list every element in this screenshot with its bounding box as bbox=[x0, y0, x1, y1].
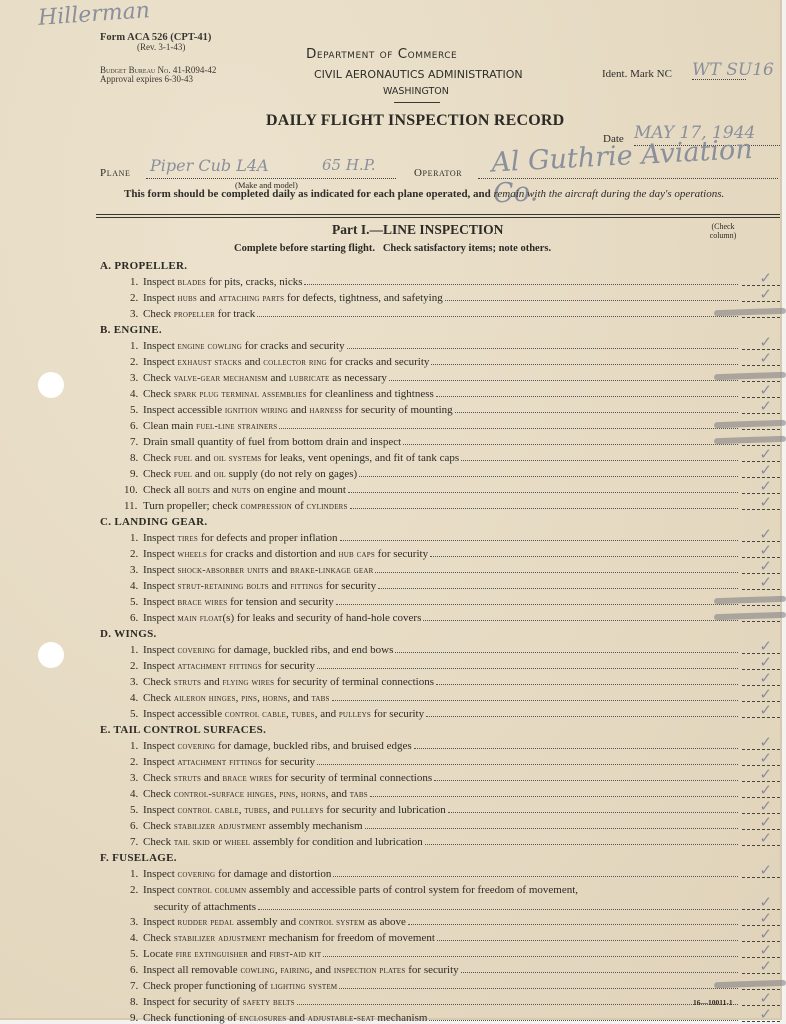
plane-horsepower[interactable]: 65 H.P. bbox=[322, 156, 376, 174]
checklist-item: 1. Inspect tires for defects and proper … bbox=[100, 530, 780, 546]
checklist-item: 5. Inspect accessible control cable, tub… bbox=[100, 706, 780, 722]
item-number: 6. bbox=[130, 962, 138, 978]
item-number: 4. bbox=[130, 930, 138, 946]
check-box[interactable]: ✓ bbox=[742, 402, 780, 414]
component-term: brace bbox=[178, 597, 202, 608]
item-text: Check proper functioning of lighting sys… bbox=[130, 978, 337, 994]
component-term: belts bbox=[273, 997, 295, 1008]
component-term: brake-linkage bbox=[290, 565, 351, 576]
item-text: Check control-surface hinges, pins, horn… bbox=[130, 786, 368, 802]
item-number: 8. bbox=[130, 994, 138, 1010]
component-term: lighting bbox=[271, 981, 306, 992]
leader-dots bbox=[347, 338, 738, 349]
component-term: fittings bbox=[229, 661, 262, 672]
component-term: collector bbox=[263, 357, 306, 368]
leader-dots bbox=[317, 754, 738, 765]
item-text: Inspect shock-absorber units and brake-l… bbox=[130, 562, 373, 578]
section-heading: C. LANDING GEAR. bbox=[100, 514, 780, 530]
item-text: Check fuel and oil systems for leaks, ve… bbox=[130, 450, 459, 466]
checklist-item: 6. Clean main fuel-line strainers bbox=[100, 418, 780, 434]
ident-mark-field[interactable]: WT SU16 bbox=[692, 60, 774, 80]
item-number: 7. bbox=[130, 978, 138, 994]
component-term: bolts bbox=[246, 581, 269, 592]
section-heading: E. TAIL CONTROL SURFACES. bbox=[100, 722, 780, 738]
check-box[interactable] bbox=[742, 306, 780, 318]
checkmark-icon: ✓ bbox=[759, 574, 772, 590]
section-heading: F. FUSELAGE. bbox=[100, 850, 780, 866]
item-number: 2. bbox=[130, 658, 138, 674]
checkmark-icon: ✓ bbox=[759, 686, 772, 702]
component-term: stabilizer bbox=[174, 821, 216, 832]
checklist-item: 1. Inspect covering for damage, buckled … bbox=[100, 738, 780, 754]
budget-bureau-note: Budget Bureau No. 41-R094-42 Approval ex… bbox=[100, 66, 216, 84]
instructions-text: This form should be completed daily as i… bbox=[124, 188, 494, 200]
leader-dots bbox=[332, 690, 738, 701]
item-number: 10. bbox=[124, 482, 138, 498]
checkmark-icon: ✓ bbox=[759, 734, 772, 750]
checkmark-icon: ✓ bbox=[759, 462, 772, 478]
plane-field[interactable]: Piper Cub L4A bbox=[150, 156, 269, 175]
leader-dots bbox=[340, 530, 738, 541]
checkmark-icon: ✓ bbox=[759, 942, 772, 958]
component-term: cable bbox=[262, 709, 286, 720]
approval-expiry: Approval expires 6-30-43 bbox=[100, 75, 216, 84]
leader-dots bbox=[297, 994, 738, 1005]
component-term: hinges bbox=[209, 693, 236, 704]
item-number: 3. bbox=[130, 306, 138, 322]
scribble-mark-icon bbox=[714, 612, 786, 621]
checklist-item: 3. Check valve-gear mechanism and lubric… bbox=[100, 370, 780, 386]
scribble-mark-icon bbox=[714, 308, 786, 317]
item-text: Inspect engine cowling for cracks and se… bbox=[130, 338, 345, 354]
leader-dots bbox=[279, 418, 738, 429]
item-text: Inspect all removable cowling, fairing, … bbox=[130, 962, 459, 978]
checkmark-icon: ✓ bbox=[759, 894, 772, 910]
checklist-item: 8. Inspect for security of safety belts✓ bbox=[100, 994, 780, 1010]
component-term: tubes bbox=[244, 805, 267, 816]
item-number: 6. bbox=[130, 418, 138, 434]
leader-dots bbox=[348, 482, 738, 493]
checkmark-icon: ✓ bbox=[759, 750, 772, 766]
item-text: Inspect brace wires for tension and secu… bbox=[130, 594, 334, 610]
checklist-item: 3. Inspect rudder pedal assembly and con… bbox=[100, 914, 780, 930]
part-title: Part I.—LINE INSPECTION bbox=[332, 222, 503, 238]
item-text: Inspect wheels for cracks and distortion… bbox=[130, 546, 428, 562]
checklist-item: 9. Check fuel and oil supply (do not rel… bbox=[100, 466, 780, 482]
item-text: Inspect exhaust stacks and collector rin… bbox=[130, 354, 429, 370]
checklist-item: 4. Inspect strut-retaining bolts and fit… bbox=[100, 578, 780, 594]
leader-dots bbox=[437, 930, 738, 941]
item-text: Inspect attachment fittings for security bbox=[130, 658, 315, 674]
instructions-emphasis: remain with the aircraft during the day'… bbox=[494, 188, 725, 200]
item-text: Inspect hubs and attaching parts for def… bbox=[130, 290, 443, 306]
leader-dots bbox=[359, 466, 738, 477]
ident-mark-underline bbox=[692, 79, 746, 80]
item-number: 8. bbox=[130, 450, 138, 466]
component-term: wires bbox=[250, 773, 273, 784]
check-box[interactable]: ✓ bbox=[742, 866, 780, 878]
leader-dots bbox=[423, 610, 738, 621]
checkmark-icon: ✓ bbox=[759, 446, 772, 462]
leader-dots bbox=[425, 834, 738, 845]
component-term: float bbox=[200, 613, 223, 624]
checkmark-icon: ✓ bbox=[759, 990, 772, 1006]
component-term: pins bbox=[241, 693, 257, 704]
checkmark-icon: ✓ bbox=[759, 526, 772, 542]
plane-underline bbox=[146, 178, 396, 179]
component-term: valve-gear bbox=[174, 373, 221, 384]
leader-dots bbox=[445, 290, 738, 301]
checkmark-icon: ✓ bbox=[759, 926, 772, 942]
component-term: exhaust bbox=[178, 357, 212, 368]
leader-dots bbox=[430, 546, 738, 557]
item-text: Clean main fuel-line strainers bbox=[130, 418, 277, 434]
punch-hole bbox=[38, 372, 64, 398]
checklist-item: 10. Check all bolts and nuts on engine a… bbox=[100, 482, 780, 498]
leader-dots bbox=[336, 594, 738, 605]
item-text: Check struts and flying wires for securi… bbox=[130, 674, 434, 690]
checklist-item: 1. Inspect engine cowling for cracks and… bbox=[100, 338, 780, 354]
double-divider bbox=[96, 214, 780, 218]
component-term: skid bbox=[193, 837, 210, 848]
item-number: 2. bbox=[130, 882, 138, 898]
checkmark-icon: ✓ bbox=[759, 382, 772, 398]
component-term: cable bbox=[215, 805, 239, 816]
component-term: parts bbox=[262, 293, 284, 304]
component-term: mechanism bbox=[223, 373, 268, 384]
component-term: terminal bbox=[221, 389, 259, 400]
check-box[interactable]: ✓ bbox=[742, 834, 780, 846]
item-number: 6. bbox=[130, 818, 138, 834]
form-instructions: This form should be completed daily as i… bbox=[100, 188, 780, 201]
leader-dots bbox=[378, 578, 738, 589]
check-box[interactable] bbox=[742, 418, 780, 430]
checklist-item: 1. Inspect covering for damage and disto… bbox=[100, 866, 780, 882]
component-term: horns bbox=[301, 789, 326, 800]
component-term: nuts bbox=[232, 485, 251, 496]
component-term: column bbox=[215, 885, 247, 896]
checkmark-icon: ✓ bbox=[759, 862, 772, 878]
checkmark-icon: ✓ bbox=[759, 270, 772, 286]
item-text: Check aileron hinges, pins, horns, and t… bbox=[130, 690, 330, 706]
component-term: gear bbox=[354, 565, 374, 576]
scribble-mark-icon bbox=[714, 372, 786, 381]
item-number: 4. bbox=[130, 690, 138, 706]
item-text: Inspect control column assembly and acce… bbox=[143, 884, 578, 896]
leader-dots bbox=[370, 786, 738, 797]
component-term: propeller bbox=[174, 309, 215, 320]
item-text: Inspect covering for damage, buckled rib… bbox=[130, 738, 412, 754]
item-number: 4. bbox=[130, 578, 138, 594]
component-term: cylinders bbox=[307, 501, 348, 512]
checkmark-icon: ✓ bbox=[759, 782, 772, 798]
checkmark-icon: ✓ bbox=[759, 638, 772, 654]
leader-dots bbox=[461, 962, 738, 973]
component-term: pulleys bbox=[292, 805, 324, 816]
leader-dots bbox=[365, 818, 738, 829]
print-code: 16—10011-1 bbox=[693, 998, 733, 1007]
component-term: system bbox=[308, 981, 337, 992]
component-term: kit bbox=[309, 949, 321, 960]
component-term: lubricate bbox=[289, 373, 329, 384]
checklist-item: 7. Check proper functioning of lighting … bbox=[100, 978, 780, 994]
item-text: Inspect covering for damage, buckled rib… bbox=[130, 642, 393, 658]
scribble-mark-icon bbox=[714, 596, 786, 605]
component-term: wires bbox=[251, 677, 274, 688]
item-text: Inspect accessible ignition wiring and h… bbox=[130, 402, 453, 418]
item-text: Inspect attachment fittings for security bbox=[130, 754, 315, 770]
checklist-item: 9. Check functioning of enclosures and a… bbox=[100, 1010, 780, 1024]
leader-dots bbox=[431, 354, 738, 365]
item-text: Check all bolts and nuts on engine and m… bbox=[130, 482, 346, 498]
checkmark-icon: ✓ bbox=[759, 542, 772, 558]
checklist-item: 5. Inspect brace wires for tension and s… bbox=[100, 594, 780, 610]
checkmark-icon: ✓ bbox=[759, 654, 772, 670]
component-term: strut-retaining bbox=[178, 581, 244, 592]
ident-mark-label: Ident. Mark NC bbox=[602, 68, 672, 80]
leader-dots bbox=[350, 498, 738, 509]
city-name: WASHINGTON bbox=[383, 86, 449, 97]
check-box[interactable] bbox=[742, 594, 780, 606]
leader-dots bbox=[258, 899, 738, 910]
component-term: tail bbox=[174, 837, 190, 848]
component-term: hub bbox=[338, 549, 353, 560]
checklist-item: 2. Inspect hubs and attaching parts for … bbox=[100, 290, 780, 306]
checklist-item: 1. Inspect blades for pits, cracks, nick… bbox=[100, 274, 780, 290]
checklist-item: 11. Turn propeller; check compression of… bbox=[100, 498, 780, 514]
leader-dots bbox=[333, 866, 738, 877]
component-term: covering bbox=[178, 645, 216, 656]
component-term: wheel bbox=[225, 837, 251, 848]
component-term: engine bbox=[178, 341, 205, 352]
component-term: covering bbox=[178, 869, 216, 880]
checklist-item: 2. Inspect attachment fittings for secur… bbox=[100, 658, 780, 674]
component-term: shock-absorber bbox=[178, 565, 245, 576]
component-term: blades bbox=[178, 277, 206, 288]
component-term: fittings bbox=[229, 757, 262, 768]
item-text: Check propeller for track bbox=[130, 306, 255, 322]
item-text: Locate fire extinguisher and first-aid k… bbox=[130, 946, 321, 962]
item-text: Check fuel and oil supply (do not rely o… bbox=[130, 466, 357, 482]
component-term: horns bbox=[263, 693, 288, 704]
checklist-item: 3. Inspect shock-absorber units and brak… bbox=[100, 562, 780, 578]
check-box[interactable]: ✓ bbox=[742, 706, 780, 718]
component-term: struts bbox=[174, 677, 201, 688]
check-box[interactable]: ✓ bbox=[742, 962, 780, 974]
item-number: 2. bbox=[130, 290, 138, 306]
checklist-item: 1. Inspect covering for damage, buckled … bbox=[100, 642, 780, 658]
department-name: Department of Commerce bbox=[306, 46, 457, 62]
component-term: adjustable-seat bbox=[308, 1013, 375, 1024]
component-term: pulleys bbox=[339, 709, 371, 720]
item-text: Check struts and brace wires for securit… bbox=[130, 770, 432, 786]
leader-dots bbox=[414, 738, 738, 749]
component-term: wiring bbox=[261, 405, 288, 416]
component-term: caps bbox=[357, 549, 375, 560]
checklist-item: 3. Check propeller for track bbox=[100, 306, 780, 322]
checkmark-icon: ✓ bbox=[759, 494, 772, 510]
check-box[interactable]: ✓ bbox=[742, 1010, 780, 1022]
checkmark-icon: ✓ bbox=[759, 398, 772, 414]
component-term: systems bbox=[229, 453, 262, 464]
checkmark-icon: ✓ bbox=[759, 670, 772, 686]
item-text-continued: security of attachments bbox=[154, 899, 256, 915]
plane-label: Plane bbox=[100, 167, 130, 179]
item-number: 7. bbox=[130, 434, 138, 450]
check-box[interactable]: ✓ bbox=[742, 498, 780, 510]
leader-dots bbox=[389, 370, 738, 381]
component-term: wheels bbox=[178, 549, 208, 560]
component-term: oil bbox=[214, 469, 226, 480]
item-number: 3. bbox=[130, 674, 138, 690]
item-number: 3. bbox=[130, 914, 138, 930]
leader-dots bbox=[375, 562, 738, 573]
checklist-item: 3. Check struts and brace wires for secu… bbox=[100, 770, 780, 786]
item-text: Drain small quantity of fuel from bottom… bbox=[130, 434, 401, 450]
check-column-label: (Check column) bbox=[703, 222, 743, 240]
component-term: extinguisher bbox=[194, 949, 248, 960]
check-box[interactable]: ✓ bbox=[742, 578, 780, 590]
component-term: compression bbox=[241, 501, 292, 512]
check-box[interactable] bbox=[742, 610, 780, 622]
leader-dots bbox=[408, 914, 738, 925]
component-term: aileron bbox=[174, 693, 206, 704]
checklist-item: 2. Inspect attachment fittings for secur… bbox=[100, 754, 780, 770]
checklist-item: 6. Check stabilizer adjustment assembly … bbox=[100, 818, 780, 834]
handwritten-name: Hillerman bbox=[37, 0, 150, 31]
component-term: tires bbox=[178, 533, 198, 544]
component-term: spark bbox=[174, 389, 197, 400]
component-term: fittings bbox=[290, 581, 323, 592]
component-term: control-surface bbox=[174, 789, 244, 800]
checkmark-icon: ✓ bbox=[759, 350, 772, 366]
item-number: 1. bbox=[130, 866, 138, 882]
checklist-item: 4. Check aileron hinges, pins, horns, an… bbox=[100, 690, 780, 706]
component-term: fire bbox=[176, 949, 192, 960]
item-text: Inspect accessible control cable, tubes,… bbox=[130, 706, 424, 722]
operator-label: Operator bbox=[414, 167, 462, 179]
leader-dots bbox=[429, 1010, 738, 1021]
checkmark-icon: ✓ bbox=[759, 286, 772, 302]
checklist-item: 5. Inspect control cable, tubes, and pul… bbox=[100, 802, 780, 818]
checklist-item: 7. Drain small quantity of fuel from bot… bbox=[100, 434, 780, 450]
check-box[interactable]: ✓ bbox=[742, 290, 780, 302]
section-heading: A. PROPELLER. bbox=[100, 258, 780, 274]
inspection-sections: A. PROPELLER.1. Inspect blades for pits,… bbox=[100, 258, 780, 1024]
leader-dots bbox=[436, 386, 738, 397]
leader-dots bbox=[436, 674, 738, 685]
checkmark-icon: ✓ bbox=[759, 766, 772, 782]
form-revision: (Rev. 3-1-43) bbox=[137, 42, 185, 52]
item-number: 7. bbox=[130, 834, 138, 850]
component-term: fuel bbox=[174, 453, 192, 464]
scribble-mark-icon bbox=[714, 980, 786, 989]
item-number: 1. bbox=[130, 274, 138, 290]
component-term: stacks bbox=[214, 357, 241, 368]
leader-dots bbox=[323, 946, 738, 957]
component-term: strainers bbox=[237, 421, 277, 432]
component-term: safety bbox=[243, 997, 271, 1008]
leader-dots bbox=[304, 274, 738, 285]
component-term: hubs bbox=[178, 293, 197, 304]
component-term: covering bbox=[178, 741, 216, 752]
component-term: cowling bbox=[240, 965, 274, 976]
item-text: Check stabilizer adjustment mechanism fo… bbox=[130, 930, 435, 946]
component-term: control bbox=[225, 709, 259, 720]
component-term: attaching bbox=[218, 293, 259, 304]
item-number: 1. bbox=[130, 338, 138, 354]
leader-dots bbox=[403, 434, 738, 445]
component-term: control bbox=[299, 917, 333, 928]
page-title: DAILY FLIGHT INSPECTION RECORD bbox=[266, 112, 564, 130]
item-text: Inspect blades for pits, cracks, nicks bbox=[130, 274, 302, 290]
checklist-item: 6. Inspect main float(s) for leaks and s… bbox=[100, 610, 780, 626]
item-number: 1. bbox=[130, 738, 138, 754]
item-text: Check functioning of enclosures and adju… bbox=[130, 1010, 427, 1024]
item-number: 4. bbox=[130, 386, 138, 402]
component-term: flying bbox=[223, 677, 249, 688]
checklist-item: 6. Inspect all removable cowling, fairin… bbox=[100, 962, 780, 978]
check-box[interactable]: ✓ bbox=[742, 354, 780, 366]
item-number: 5. bbox=[130, 946, 138, 962]
component-term: adjustment bbox=[218, 933, 266, 944]
component-term: ignition bbox=[225, 405, 258, 416]
checklist-item: 7. Check tail skid or wheel assembly for… bbox=[100, 834, 780, 850]
punch-hole bbox=[38, 642, 64, 668]
component-term: brace bbox=[223, 773, 247, 784]
item-text: Inspect rudder pedal assembly and contro… bbox=[130, 914, 406, 930]
leader-dots bbox=[339, 978, 738, 989]
component-term: assemblies bbox=[262, 389, 307, 400]
item-number: 2. bbox=[130, 354, 138, 370]
divider bbox=[394, 102, 440, 103]
component-term: fuel bbox=[174, 469, 192, 480]
component-term: cowling bbox=[208, 341, 242, 352]
item-number: 3. bbox=[130, 370, 138, 386]
item-text: Check tail skid or wheel assembly for co… bbox=[130, 834, 423, 850]
item-text: Inspect control cable, tubes, and pulley… bbox=[130, 802, 446, 818]
leader-dots bbox=[448, 802, 738, 813]
component-term: oil bbox=[214, 453, 226, 464]
component-term: wires bbox=[205, 597, 228, 608]
checklist-item: 5. Inspect accessible ignition wiring an… bbox=[100, 402, 780, 418]
checklist-item: 2. Inspect control column assembly and a… bbox=[100, 882, 780, 914]
component-term: fairing bbox=[280, 965, 309, 976]
component-term: pins bbox=[279, 789, 295, 800]
leader-dots bbox=[455, 402, 738, 413]
item-text: Check spark plug terminal assemblies for… bbox=[130, 386, 434, 402]
component-term: rudder bbox=[178, 917, 208, 928]
item-text: Check valve-gear mechanism and lubricate… bbox=[130, 370, 387, 386]
checkmark-icon: ✓ bbox=[759, 830, 772, 846]
item-text: Inspect main float(s) for leaks and secu… bbox=[130, 610, 421, 626]
component-term: fuel-line bbox=[196, 421, 235, 432]
checklist-item: 4. Check stabilizer adjustment mechanism… bbox=[100, 930, 780, 946]
item-text: Inspect covering for damage and distorti… bbox=[130, 866, 331, 882]
item-number: 5. bbox=[130, 802, 138, 818]
checklist-item: 4. Check control-surface hinges, pins, h… bbox=[100, 786, 780, 802]
item-number: 4. bbox=[130, 786, 138, 802]
item-number: 9. bbox=[130, 1010, 138, 1024]
item-number: 1. bbox=[130, 530, 138, 546]
scribble-mark-icon bbox=[714, 436, 786, 445]
checklist-item: 2. Inspect wheels for cracks and distort… bbox=[100, 546, 780, 562]
part-subtitle: Complete before starting flight. Check s… bbox=[234, 243, 551, 254]
checklist-item: 2. Inspect exhaust stacks and collector … bbox=[100, 354, 780, 370]
item-number: 1. bbox=[130, 642, 138, 658]
checkmark-icon: ✓ bbox=[759, 1006, 772, 1022]
component-term: units bbox=[247, 565, 269, 576]
